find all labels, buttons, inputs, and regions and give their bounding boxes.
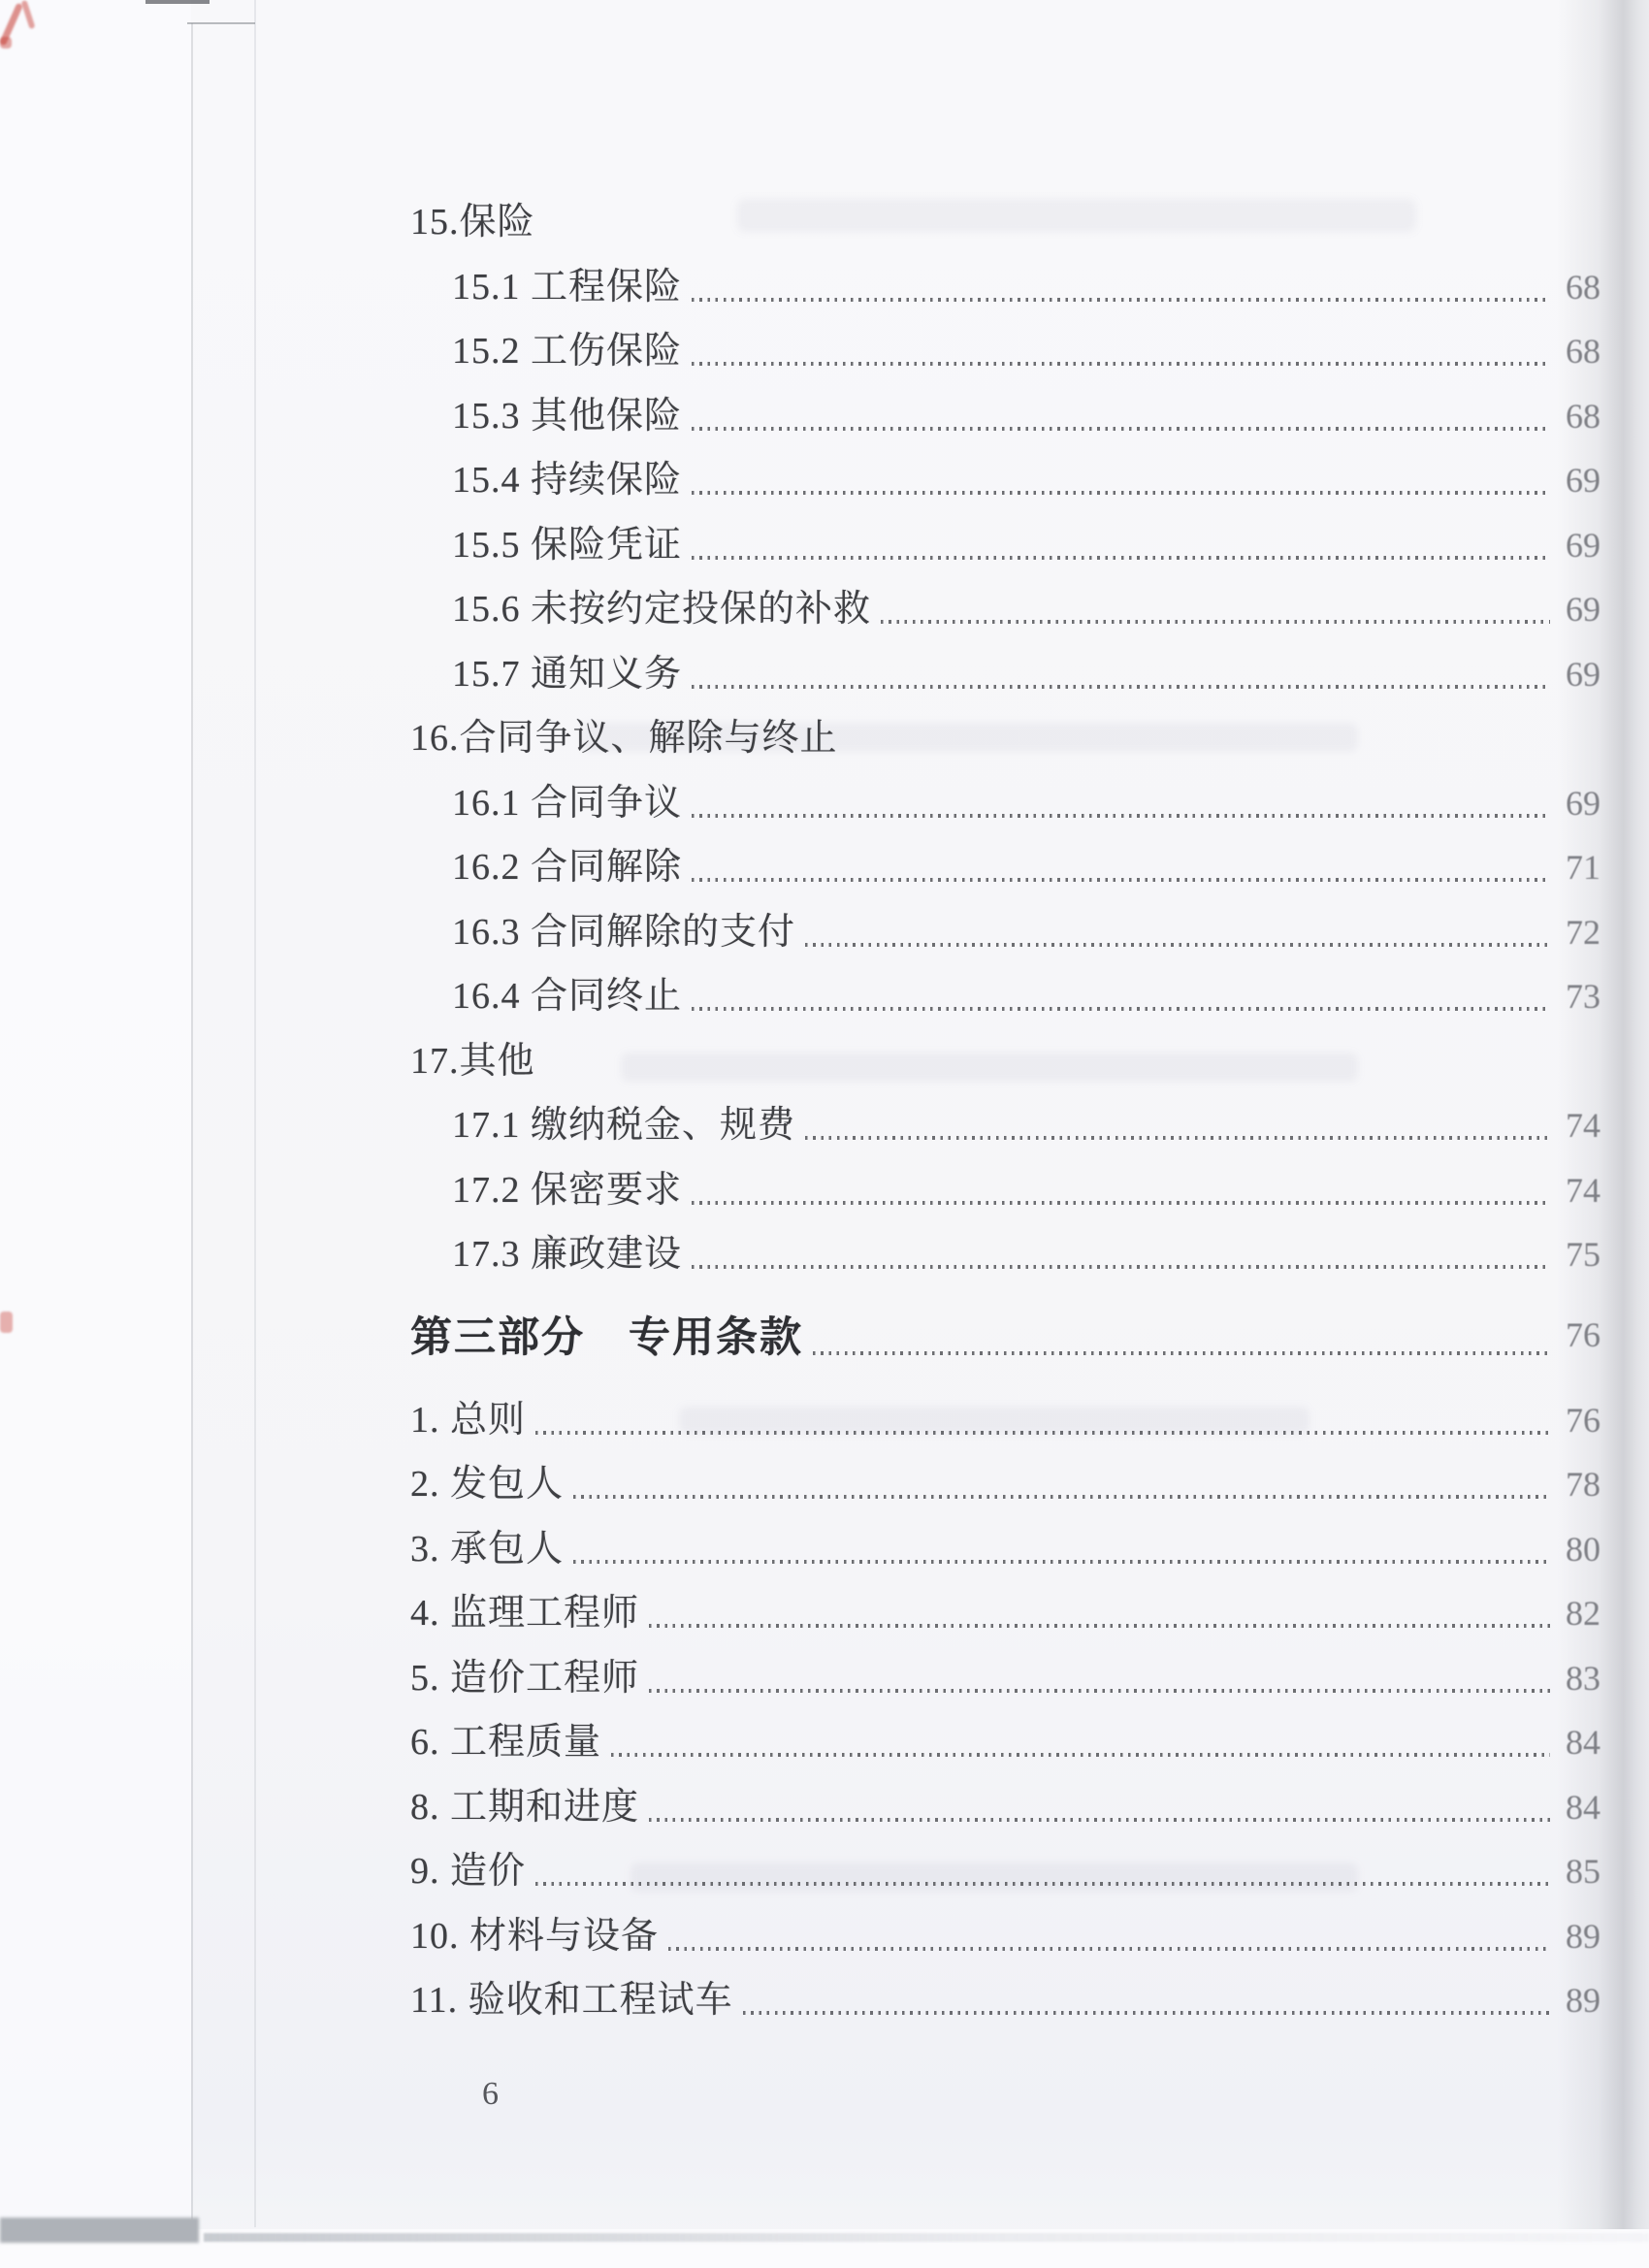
red-ink-mark — [0, 37, 12, 49]
toc-entry-label: 15.7 通知义务 — [452, 652, 682, 697]
toc-entry-label: 16.2 合同解除 — [452, 845, 682, 890]
toc-entry-label: 5. 造价工程师 — [410, 1656, 639, 1701]
dot-leader — [692, 298, 1550, 302]
toc-entry-page-number: 78 — [1558, 1462, 1600, 1507]
toc-entry-label: 17.其他 — [410, 1039, 535, 1084]
toc-entry-label: 15.4 持续保险 — [452, 458, 682, 502]
toc-entry-label: 15.6 未按约定投保的补救 — [452, 587, 871, 632]
toc-item-row: 2. 发包人 78 — [410, 1462, 1600, 1527]
dot-leader — [649, 1689, 1550, 1693]
toc-sub-row: 17.2 保密要求 74 — [410, 1168, 1600, 1233]
dot-leader — [743, 2011, 1550, 2015]
scan-edge-mark — [145, 0, 210, 4]
toc-entry-page-number: 69 — [1558, 652, 1600, 697]
dot-leader — [692, 814, 1550, 818]
toc-entry-page-number: 74 — [1558, 1168, 1600, 1213]
toc-entry-page-number: 83 — [1558, 1656, 1600, 1701]
toc-sub-row: 17.1 缴纳税金、规费 74 — [410, 1103, 1600, 1168]
dot-leader — [692, 556, 1550, 560]
dot-leader — [649, 1818, 1550, 1822]
toc-sub-row: 15.6 未按约定投保的补救 69 — [410, 587, 1600, 652]
toc-item-row: 10. 材料与设备 89 — [410, 1914, 1600, 1979]
toc-entry-label: 15.1 工程保险 — [452, 265, 682, 309]
toc-entry-page-number: 84 — [1558, 1720, 1600, 1765]
toc-entry-page-number: 76 — [1558, 1312, 1600, 1357]
red-ink-mark — [0, 1312, 13, 1333]
dot-leader — [692, 1265, 1550, 1269]
toc-sub-row: 16.4 合同终止 73 — [410, 974, 1600, 1039]
toc-entry-label: 16.合同争议、解除与终止 — [410, 716, 838, 761]
toc-item-row: 6. 工程质量 84 — [410, 1720, 1600, 1785]
dot-leader — [692, 362, 1550, 366]
toc-entry-label: 15.保险 — [410, 200, 535, 244]
toc-entry-page-number: 76 — [1558, 1398, 1600, 1442]
toc-sub-row: 15.4 持续保险 69 — [410, 458, 1600, 523]
toc-sub-row: 15.7 通知义务 69 — [410, 652, 1600, 717]
toc-entry-label: 15.5 保险凭证 — [452, 523, 682, 567]
toc-entry-label: 9. 造价 — [410, 1849, 526, 1894]
dot-leader — [813, 1351, 1550, 1355]
toc-entry-page-number: 74 — [1558, 1103, 1600, 1148]
toc-entry-label: 17.1 缴纳税金、规费 — [452, 1103, 795, 1148]
dot-leader — [668, 1947, 1550, 1951]
toc-entry-page-number: 69 — [1558, 458, 1600, 502]
toc-entry-page-number: 85 — [1558, 1849, 1600, 1894]
dot-leader — [535, 1882, 1550, 1886]
toc-section-row: 16.合同争议、解除与终止 — [410, 716, 1600, 781]
toc-entry-page-number: 68 — [1558, 394, 1600, 438]
toc-entry-label: 8. 工期和进度 — [410, 1785, 639, 1830]
toc-entry-page-number: 89 — [1558, 1914, 1600, 1959]
dot-leader — [692, 1201, 1550, 1205]
toc-entry-label: 17.2 保密要求 — [452, 1168, 682, 1213]
dot-leader — [805, 1136, 1550, 1140]
toc-item-row: 5. 造价工程师 83 — [410, 1656, 1600, 1721]
toc-entry-page-number: 69 — [1558, 781, 1600, 826]
toc-entry-page-number: 68 — [1558, 265, 1600, 309]
page-bottom-edge-line — [204, 2233, 1649, 2242]
toc-item-row: 9. 造价 85 — [410, 1849, 1600, 1914]
toc-entry-page-number: 82 — [1558, 1591, 1600, 1636]
toc-entry-label: 15.2 工伤保险 — [452, 329, 682, 373]
toc-entry-label: 16.3 合同解除的支付 — [452, 910, 795, 955]
toc-item-row: 4. 监理工程师 82 — [410, 1591, 1600, 1656]
toc-entry-label: 1. 总则 — [410, 1398, 526, 1442]
footer-page-number: 6 — [482, 2076, 499, 2113]
toc-entry-label: 6. 工程质量 — [410, 1720, 601, 1765]
toc-item-row: 8. 工期和进度 84 — [410, 1785, 1600, 1850]
toc-entry-page-number: 89 — [1558, 1978, 1600, 2023]
toc-item-row: 11. 验收和工程试车 89 — [410, 1978, 1600, 2043]
toc-sub-row: 16.3 合同解除的支付 72 — [410, 910, 1600, 975]
toc-entry-page-number: 69 — [1558, 523, 1600, 567]
dot-leader — [649, 1624, 1550, 1628]
dot-leader — [881, 620, 1550, 624]
toc-entry-label: 4. 监理工程师 — [410, 1591, 639, 1636]
toc-sub-row: 16.2 合同解除 71 — [410, 845, 1600, 910]
toc-entry-page-number: 68 — [1558, 329, 1600, 373]
toc-entry-page-number: 69 — [1558, 587, 1600, 632]
toc-entry-label: 3. 承包人 — [410, 1527, 564, 1571]
toc-entry-page-number: 73 — [1558, 974, 1600, 1019]
toc-sub-row: 15.1 工程保险 68 — [410, 265, 1600, 330]
dot-leader — [692, 491, 1550, 495]
dot-leader — [535, 1431, 1550, 1435]
toc-entry-label: 10. 材料与设备 — [410, 1914, 659, 1959]
dot-leader — [805, 943, 1550, 947]
dot-leader — [573, 1560, 1550, 1564]
toc-entry-label: 17.3 廉政建设 — [452, 1232, 682, 1277]
toc-part-heading-row: 第三部分 专用条款 76 — [410, 1312, 1600, 1382]
toc-entry-label: 16.1 合同争议 — [452, 781, 682, 826]
toc-entry-page-number: 80 — [1558, 1527, 1600, 1571]
dot-leader — [692, 685, 1550, 689]
toc-item-row: 1. 总则 76 — [410, 1398, 1600, 1463]
toc-sub-row: 15.2 工伤保险 68 — [410, 329, 1600, 394]
toc-sub-row: 15.5 保险凭证 69 — [410, 523, 1600, 588]
dot-leader — [692, 878, 1550, 882]
toc-entry-page-number: 71 — [1558, 845, 1600, 890]
toc-section-row: 15.保险 — [410, 200, 1600, 265]
toc-sub-row: 17.3 廉政建设 75 — [410, 1232, 1600, 1297]
toc-entry-label: 16.4 合同终止 — [452, 974, 682, 1019]
toc-entry-label: 11. 验收和工程试车 — [410, 1978, 733, 2023]
dot-leader — [692, 1007, 1550, 1011]
page-bottom-edge-shadow — [0, 2218, 199, 2243]
toc-section-row: 17.其他 — [410, 1039, 1600, 1104]
toc-entry-label: 15.3 其他保险 — [452, 394, 682, 438]
page-edge-line — [254, 0, 256, 2227]
dot-leader — [573, 1495, 1550, 1499]
dot-leader — [692, 427, 1550, 431]
page-edge-line — [191, 23, 193, 2221]
toc-entry-page-number: 75 — [1558, 1232, 1600, 1277]
table-of-contents: 15.保险 15.1 工程保险 68 15.2 工伤保险 68 15.3 其他保… — [410, 200, 1600, 2043]
toc-item-row: 3. 承包人 80 — [410, 1527, 1600, 1592]
toc-part-heading-label: 第三部分 专用条款 — [410, 1312, 803, 1365]
toc-sub-row: 16.1 合同争议 69 — [410, 781, 1600, 846]
underlying-pages-strip — [0, 0, 191, 2268]
page-edge-line — [187, 22, 255, 24]
dot-leader — [611, 1753, 1550, 1757]
toc-entry-page-number: 84 — [1558, 1785, 1600, 1830]
toc-entry-label: 2. 发包人 — [410, 1462, 564, 1507]
toc-entry-page-number: 72 — [1558, 910, 1600, 955]
toc-sub-row: 15.3 其他保险 68 — [410, 394, 1600, 459]
